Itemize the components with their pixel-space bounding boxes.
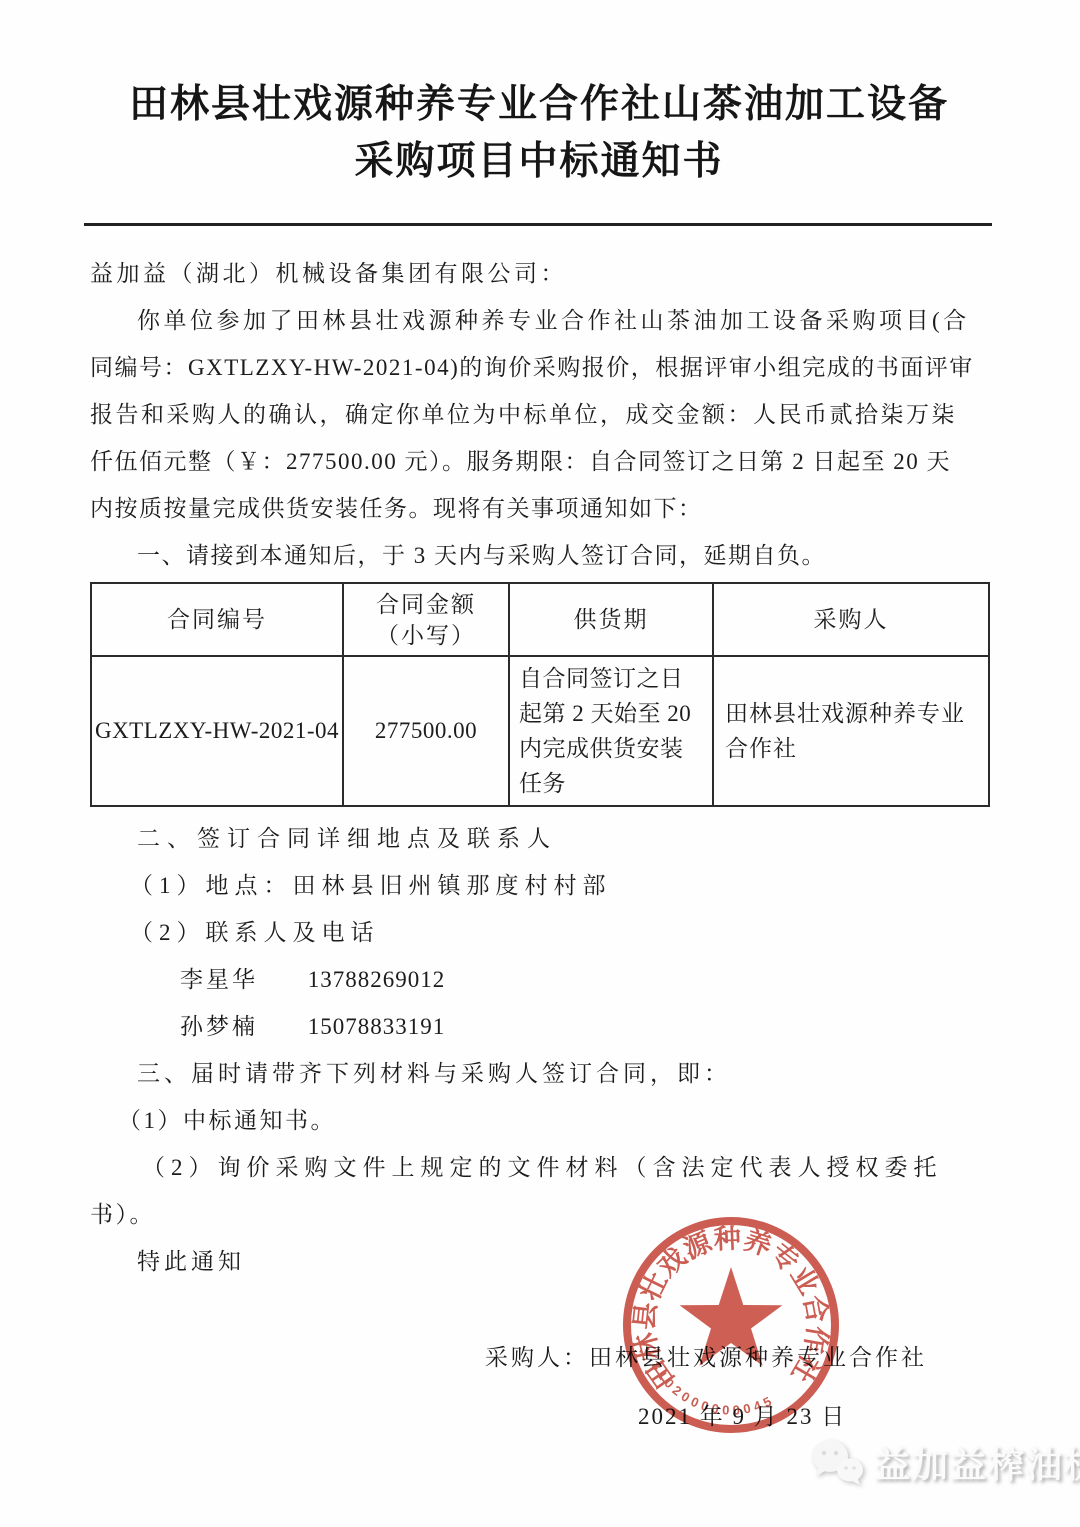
cell-delivery-line: 任务 (519, 766, 706, 801)
wechat-icon (806, 1434, 868, 1490)
signature-purchaser-line: 采购人：田林县壮戏源种养专业合作社 (90, 1334, 988, 1381)
table-header-amount-line1: 合同金额 (344, 589, 508, 620)
closing-statement: 特此通知 (90, 1238, 988, 1285)
cell-purchaser: 田林县壮戏源种养专业 合作社 (713, 656, 989, 806)
cell-purchaser-line: 合作社 (725, 731, 988, 766)
paragraph-line: 你单位参加了田林县壮戏源种养专业合作社山茶油加工设备采购项目(合 (90, 297, 988, 344)
horizontal-rule (84, 223, 992, 226)
notice-item-1: 一、请接到本通知后，于 3 天内与采购人签订合同，延期自负。 (90, 532, 988, 579)
document-body: 田林县壮戏源种养专业合作社山茶油加工设备 采购项目中标通知书 益加益（湖北）机械… (0, 0, 1080, 1440)
contact-phone: 13788269012 (308, 956, 446, 1003)
section-3-heading: 三、届时请带齐下列材料与采购人签订合同，即： (90, 1050, 988, 1097)
paragraph-line: 仟伍佰元整（￥：277500.00 元）。服务期限：自合同签订之日第 2 日起至… (90, 438, 988, 485)
signature-date: 2021 年 9 月 23 日 (90, 1393, 988, 1440)
cell-delivery-line: 内完成供货安装 (519, 731, 706, 766)
table-header-amount: 合同金额 （小写） (343, 583, 509, 656)
cell-delivery-line: 起第 2 天始至 20 (519, 696, 706, 731)
salutation: 益加益（湖北）机械设备集团有限公司： (90, 250, 988, 297)
cell-contract-no: GXTLZXY-HW-2021-04 (91, 656, 343, 806)
notice-document-page: 田林县壮戏源种养专业合作社山茶油加工设备 采购项目中标通知书 益加益（湖北）机械… (0, 0, 1080, 1527)
watermark-label: 益加益榨油机 (874, 1437, 1080, 1488)
table-row: GXTLZXY-HW-2021-04 277500.00 自合同签订之日 起第 … (91, 656, 989, 806)
section-2-location: （1）地点：田林县旧州镇那度村村部 (90, 862, 988, 909)
contract-table: 合同编号 合同金额 （小写） 供货期 采购人 GXTLZXY-HW-2021-0… (90, 582, 990, 807)
contact-item: 孙梦楠 15078833191 (90, 1003, 988, 1050)
table-header-purchaser: 采购人 (713, 583, 989, 656)
section-2-contact-heading: （2）联系人及电话 (90, 909, 988, 956)
intro-paragraph: 你单位参加了田林县壮戏源种养专业合作社山茶油加工设备采购项目(合 同编号：GXT… (90, 297, 988, 532)
document-title: 田林县壮戏源种养专业合作社山茶油加工设备 采购项目中标通知书 (90, 76, 988, 190)
table-header-amount-line2: （小写） (344, 620, 508, 651)
contact-item: 李星华 13788269012 (90, 956, 988, 1003)
contact-name: 孙梦楠 (180, 1003, 258, 1050)
cell-delivery-line: 自合同签订之日 (519, 661, 706, 696)
section-3-item-1: （1）中标通知书。 (90, 1097, 988, 1144)
table-header-delivery: 供货期 (509, 583, 713, 656)
cell-purchaser-line: 田林县壮戏源种养专业 (725, 696, 988, 731)
document-title-line2: 采购项目中标通知书 (90, 133, 988, 190)
table-header-row: 合同编号 合同金额 （小写） 供货期 采购人 (91, 583, 989, 656)
paragraph-line: 内按质按量完成供货安装任务。现将有关事项通知如下： (90, 485, 988, 532)
table-header-contract-no: 合同编号 (91, 583, 343, 656)
contact-name: 李星华 (180, 956, 258, 1003)
wechat-watermark: 益加益榨油机 (806, 1434, 1080, 1490)
paragraph-line: 同编号：GXTLZXY-HW-2021-04)的询价采购报价，根据评审小组完成的… (90, 344, 988, 391)
section-2-heading: 二、签订合同详细地点及联系人 (90, 815, 988, 862)
contact-phone: 15078833191 (308, 1003, 446, 1050)
document-title-line1: 田林县壮戏源种养专业合作社山茶油加工设备 (90, 76, 988, 133)
section-3-item-2-line2: 书）。 (90, 1191, 988, 1238)
section-2: 二、签订合同详细地点及联系人 （1）地点：田林县旧州镇那度村村部 （2）联系人及… (90, 815, 988, 1050)
cell-amount: 277500.00 (343, 656, 509, 806)
section-3: 三、届时请带齐下列材料与采购人签订合同，即： （1）中标通知书。 （2）询价采购… (90, 1050, 988, 1285)
cell-delivery-period: 自合同签订之日 起第 2 天始至 20 内完成供货安装 任务 (509, 656, 713, 806)
section-3-item-2-line1: （2）询价采购文件上规定的文件材料（含法定代表人授权委托 (90, 1144, 988, 1191)
paragraph-line: 报告和采购人的确认，确定你单位为中标单位，成交金额：人民币贰拾柒万柒 (90, 391, 988, 438)
